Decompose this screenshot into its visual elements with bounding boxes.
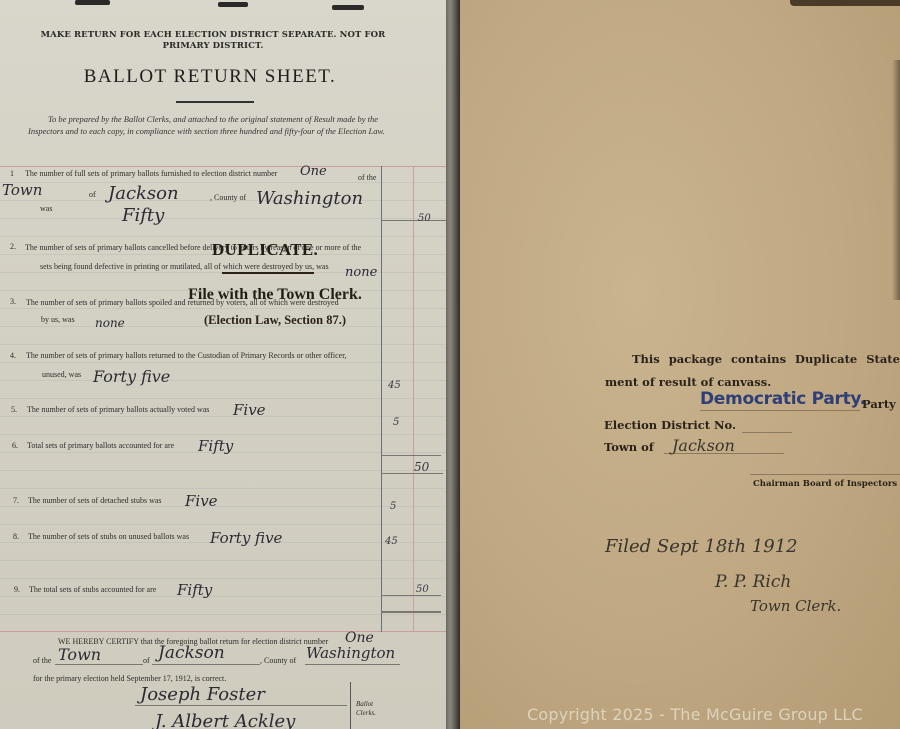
item-1-county-label: , County of xyxy=(210,192,246,203)
district-label: Election District No. xyxy=(604,418,736,432)
clerk-name: P. P. Rich xyxy=(715,572,791,592)
binder-tab xyxy=(218,2,248,7)
item-5-value: Five xyxy=(233,401,266,419)
item-7-amount: 5 xyxy=(390,501,396,512)
title-rule xyxy=(176,101,254,103)
cert-place: Jackson xyxy=(158,643,225,663)
item-9-sum-rule xyxy=(381,595,441,596)
binder-tab xyxy=(332,5,364,10)
item-2-number: 2. xyxy=(10,241,16,252)
item-8-value: Forty five xyxy=(210,529,282,547)
cert-place-line xyxy=(152,664,260,665)
cert-county-label: , County of xyxy=(260,655,296,666)
clerks-bracket xyxy=(350,682,351,729)
item-3-value: none xyxy=(95,316,125,330)
item-9-amount: 50 xyxy=(416,584,429,595)
cert-line3: for the primary election held September … xyxy=(33,673,226,684)
item-6-total-rule xyxy=(381,473,443,474)
item-1-county: Washington xyxy=(256,188,363,209)
town-handwritten: Jackson xyxy=(672,436,735,455)
item-8-amount: 45 xyxy=(385,536,398,547)
item-6-sum-rule xyxy=(381,455,441,456)
signature-1: Joseph Foster xyxy=(140,684,265,705)
item-6-line1: Total sets of primary ballots accounted … xyxy=(27,440,174,451)
copyright-watermark: Copyright 2025 - The McGuire Group LLC xyxy=(527,705,863,724)
signature-line-1 xyxy=(135,705,347,706)
town-label: Town of xyxy=(604,440,654,454)
cert-town: Town xyxy=(58,645,101,664)
item-1-number: 1 xyxy=(10,168,14,179)
sheet-title: BALLOT RETURN SHEET. xyxy=(0,66,420,88)
item-1-amount-rule xyxy=(381,220,446,221)
party-stamp: Democratic Party. xyxy=(700,389,866,409)
cert-of-the: of the xyxy=(33,655,51,666)
item-2-value: none xyxy=(345,265,377,280)
item-4-line1: The number of sets of primary ballots re… xyxy=(26,350,347,361)
ballot-return-sheet: MAKE RETURN FOR EACH ELECTION DISTRICT S… xyxy=(0,0,446,729)
party-label: Party xyxy=(862,397,896,411)
binder-edge xyxy=(446,0,460,729)
top-red-rule xyxy=(0,166,446,167)
item-3-number: 3. xyxy=(10,296,16,307)
item-8-number: 8. xyxy=(13,531,19,542)
item-9-total-rule xyxy=(381,611,441,613)
item-6-number: 6. xyxy=(12,440,18,451)
cert-county: Washington xyxy=(306,644,395,662)
clerks-label-1: Ballot xyxy=(356,700,373,709)
amount-column-line xyxy=(381,166,382,632)
binder-tab xyxy=(75,0,110,5)
item-3-line2: by us, was xyxy=(41,314,75,325)
party-line xyxy=(700,410,860,411)
item-4-value: Forty five xyxy=(93,367,170,386)
signature-2: J. Albert Ackley xyxy=(155,711,295,729)
clerks-label-2: Clerks. xyxy=(356,709,376,718)
item-7-number: 7. xyxy=(13,495,19,506)
shadow-edge xyxy=(892,60,900,300)
chairman-label: Chairman Board of Inspectors xyxy=(753,479,897,489)
item-5-amount: 5 xyxy=(393,417,399,428)
item-9-line1: The total sets of stubs accounted for ar… xyxy=(29,584,156,595)
item-2-line2: sets being found defective in printing o… xyxy=(40,261,329,272)
item-6-amount: 50 xyxy=(414,460,429,474)
item-5-number: 5. xyxy=(11,404,17,415)
header-note: MAKE RETURN FOR EACH ELECTION DISTRICT S… xyxy=(28,30,398,52)
item-6-value: Fifty xyxy=(198,437,233,455)
duplicate-rule xyxy=(222,272,314,274)
duplicate-title: DUPLICATE. xyxy=(140,240,390,260)
cert-town-line xyxy=(55,664,143,665)
package-line1: This package contains Duplicate State- xyxy=(632,352,900,366)
item-1-district: One xyxy=(300,164,327,179)
item-1-text: The number of full sets of primary ballo… xyxy=(25,168,277,179)
item-8-line1: The number of sets of stubs on unused ba… xyxy=(28,531,189,542)
bottom-red-rule xyxy=(0,631,446,632)
item-7-value: Five xyxy=(185,492,218,510)
chairman-line xyxy=(750,474,900,475)
item-1-of-label: of xyxy=(89,189,96,200)
item-4-line2: unused, was xyxy=(42,369,81,380)
cert-of-label: of xyxy=(143,655,150,666)
package-line2: ment of result of canvass. xyxy=(605,375,771,389)
intro-paragraph: To be prepared by the Ballot Clerks, and… xyxy=(28,113,398,137)
item-5-line1: The number of sets of primary ballots ac… xyxy=(27,404,209,415)
item-1-of-the: of the xyxy=(358,172,376,183)
filed-note: Filed Sept 18th 1912 xyxy=(605,536,798,557)
item-4-number: 4. xyxy=(10,350,16,361)
amount-red-column xyxy=(413,166,414,632)
item-1-place: Jackson xyxy=(108,183,179,204)
torn-edge xyxy=(790,0,900,6)
item-9-value: Fifty xyxy=(177,581,212,599)
item-7-line1: The number of sets of detached stubs was xyxy=(28,495,162,506)
item-1-amount: 50 xyxy=(418,213,431,224)
district-line xyxy=(742,432,792,433)
item-1-value: Fifty xyxy=(122,205,164,226)
clerk-title: Town Clerk. xyxy=(750,597,841,615)
law-reference: (Election Law, Section 87.) xyxy=(140,313,410,328)
file-instruction: File with the Town Clerk. xyxy=(140,286,410,304)
item-4-amount: 45 xyxy=(388,380,401,391)
item-9-number: 9. xyxy=(14,584,20,595)
ruled-lines xyxy=(0,165,446,630)
item-1-town: Town xyxy=(2,181,42,199)
cert-county-line xyxy=(305,664,400,665)
item-1-was-label: was xyxy=(40,203,52,214)
